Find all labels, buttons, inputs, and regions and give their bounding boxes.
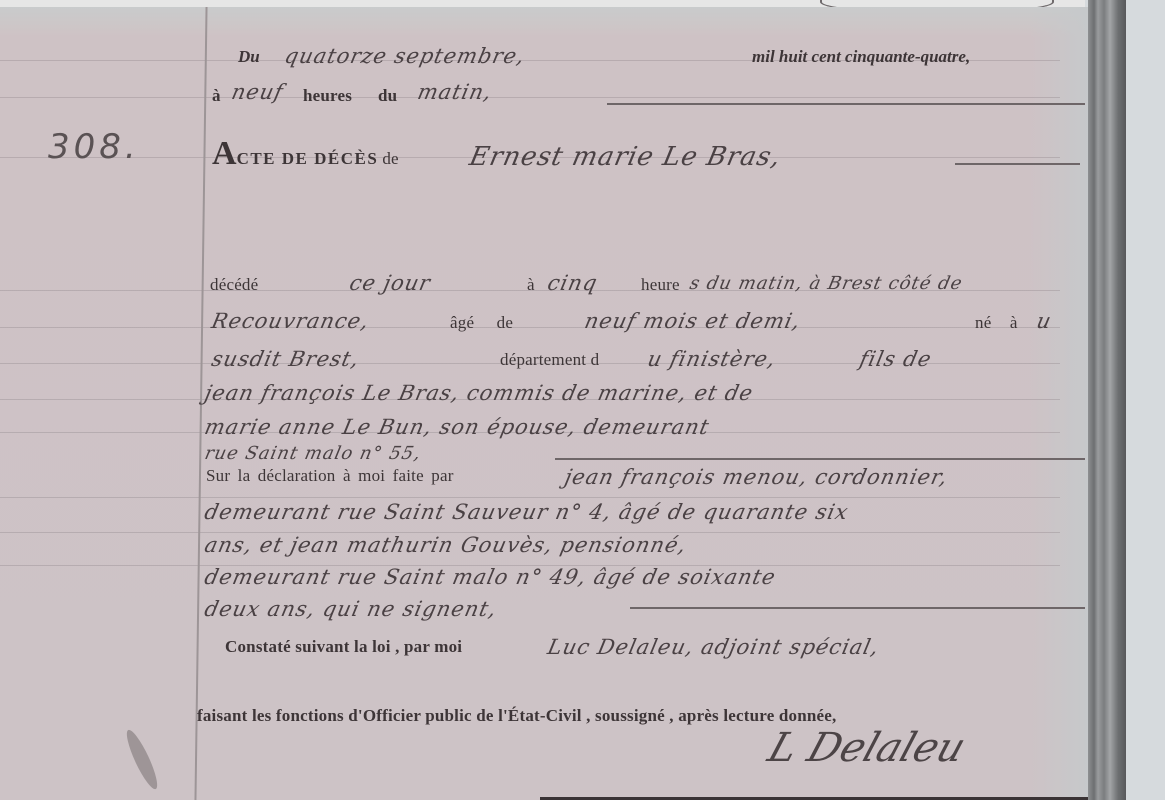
- handwritten-fils-de: fils de: [857, 347, 934, 371]
- page-edge-shadow: [1030, 7, 1090, 800]
- printed-a-2: à: [527, 275, 535, 295]
- printed-a: à: [212, 86, 221, 106]
- fill-rule: [555, 458, 1085, 460]
- fill-rule: [630, 607, 1085, 609]
- ruled-line: [0, 97, 1060, 98]
- printed-decede: décédé: [210, 275, 258, 295]
- printed-de: de: [382, 149, 398, 168]
- entry-number: 308.: [48, 127, 140, 167]
- printed-du: Du: [238, 47, 260, 67]
- fill-rule: [955, 163, 1080, 165]
- handwritten-death-hour: cinq: [545, 271, 600, 295]
- handwritten-hour: neuf: [229, 80, 285, 104]
- printed-fonctions: faisant les fonctions d'Officier public …: [197, 706, 837, 726]
- handwritten-declarant-1: jean françois menou, cordonnier,: [562, 465, 950, 489]
- handwritten-death-place: s du matin, à Brest côté de: [688, 273, 965, 294]
- handwritten-period: matin,: [415, 80, 494, 104]
- handwritten-declarant-2-address: demeurant rue Saint malo n° 49, âgé de s…: [202, 565, 778, 589]
- handwritten-age: neuf mois et demi,: [582, 309, 802, 333]
- title-text: CTE DE DÉCÈS: [237, 149, 379, 168]
- handwritten-declarant-2: ans, et jean mathurin Gouvès, pensionné,: [202, 533, 688, 557]
- ruled-line: [0, 497, 1060, 498]
- printed-year: mil huit cent cinquante-quatre,: [752, 47, 970, 67]
- printed-heure: heure: [641, 275, 680, 295]
- handwritten-father: jean françois Le Bras, commis de marine,…: [202, 381, 755, 405]
- printed-departement: département d: [500, 350, 599, 370]
- handwritten-address: rue Saint malo n° 55,: [203, 443, 423, 464]
- printed-constate: Constaté suivant la loi , par moi: [225, 637, 462, 657]
- act-title: ACTE DE DÉCÈS de: [212, 135, 399, 173]
- fill-rule: [607, 103, 1085, 105]
- handwritten-district: Recouvrance,: [209, 309, 371, 333]
- printed-ne: né à: [975, 313, 1018, 333]
- officer-signature: L Delaleu: [763, 725, 972, 771]
- handwritten-officer: Luc Delaleu, adjoint spécial,: [545, 635, 881, 659]
- handwritten-declarant-1-address: demeurant rue Saint Sauveur n° 4, âgé de…: [202, 500, 850, 524]
- handwritten-department: u finistère,: [645, 347, 778, 371]
- register-page: 308. Du quatorze septembre, mil huit cen…: [0, 7, 1090, 800]
- handwritten-mother: marie anne Le Bun, son épouse, demeurant: [202, 415, 711, 439]
- deceased-name: Ernest marie Le Bras,: [467, 142, 784, 172]
- printed-declaration-label: Sur la déclaration à moi faite par: [206, 466, 454, 486]
- book-binding: [1088, 0, 1126, 800]
- printed-du-2: du: [378, 86, 397, 106]
- ruled-line: [0, 327, 1060, 328]
- ink-smudge: [122, 727, 162, 792]
- title-initial: A: [212, 135, 237, 172]
- handwritten-birthplace: susdit Brest,: [209, 347, 361, 371]
- handwritten-date: quatorze septembre,: [282, 44, 527, 68]
- printed-heures: heures: [303, 86, 352, 106]
- printed-age: âgé de: [450, 313, 513, 333]
- handwritten-day: ce jour: [347, 271, 433, 295]
- handwritten-not-signing: deux ans, qui ne signent,: [202, 597, 499, 621]
